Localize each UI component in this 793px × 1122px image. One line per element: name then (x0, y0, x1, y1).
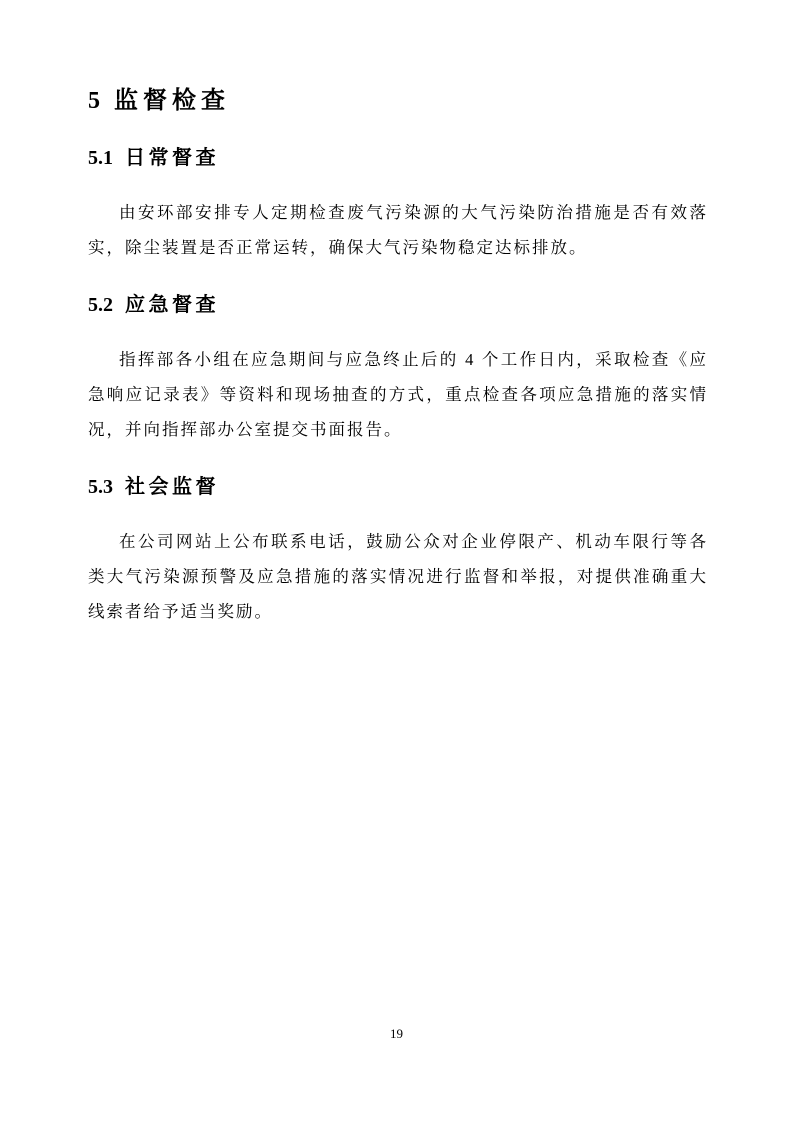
section-title: 日常督查 (125, 147, 219, 169)
section-number: 5.3 (88, 476, 113, 498)
section-paragraph: 在公司网站上公布联系电话，鼓励公众对企业停限产、机动车限行等各类大气污染源预警及… (88, 524, 708, 629)
page-number: 19 (0, 1026, 793, 1042)
section-daily-supervision: 5.1日常督查 由安环部安排专人定期检查废气污染源的大气污染防治措施是否有效落实… (88, 144, 708, 265)
section-title: 应急督查 (125, 294, 219, 316)
section-paragraph: 指挥部各小组在应急期间与应急终止后的 4 个工作日内，采取检查《应急响应记录表》… (88, 342, 708, 447)
chapter-title: 监督检查 (114, 88, 230, 114)
section-number: 5.2 (88, 294, 113, 316)
section-social-supervision: 5.3社会监督 在公司网站上公布联系电话，鼓励公众对企业停限产、机动车限行等各类… (88, 473, 708, 629)
section-emergency-supervision: 5.2应急督查 指挥部各小组在应急期间与应急终止后的 4 个工作日内，采取检查《… (88, 291, 708, 447)
section-heading: 5.2应急督查 (88, 291, 708, 319)
section-heading: 5.1日常督查 (88, 144, 708, 172)
chapter-number: 5 (88, 88, 100, 114)
section-paragraph: 由安环部安排专人定期检查废气污染源的大气污染防治措施是否有效落实，除尘装置是否正… (88, 195, 708, 265)
section-title: 社会监督 (125, 476, 219, 498)
section-number: 5.1 (88, 147, 113, 169)
chapter-heading: 5监督检查 (88, 84, 708, 118)
page-content: 5监督检查 5.1日常督查 由安环部安排专人定期检查废气污染源的大气污染防治措施… (88, 84, 708, 629)
section-heading: 5.3社会监督 (88, 473, 708, 501)
document-page: 5监督检查 5.1日常督查 由安环部安排专人定期检查废气污染源的大气污染防治措施… (0, 0, 793, 1122)
